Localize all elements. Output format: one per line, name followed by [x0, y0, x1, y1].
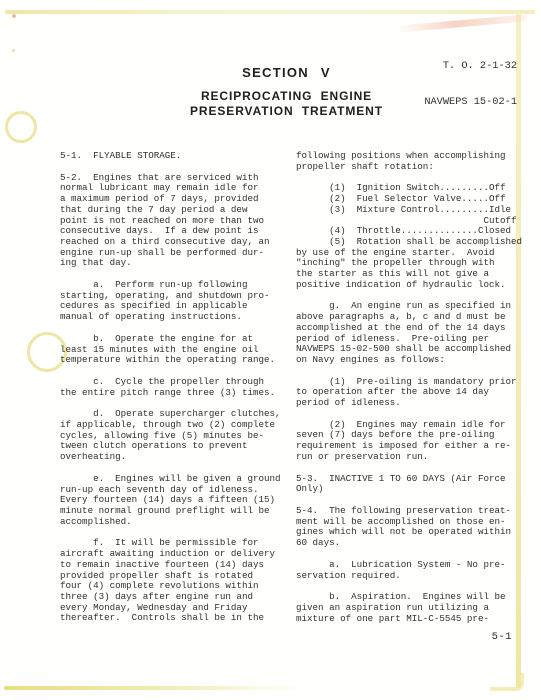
paragraph-5-2-d: d. Operate supercharger clutches, if app…	[60, 409, 296, 463]
right-column: following positions when accomplishing p…	[296, 151, 540, 635]
scanned-page: T. O. 2-1-32 NAVWEPS 15-02-1 SECTION V R…	[0, 0, 541, 700]
paragraph-5-2-e: e. Engines will be given a ground run-up…	[60, 474, 296, 528]
paragraph-5-2-c: c. Cycle the propeller through the entir…	[60, 377, 296, 398]
section-heading: SECTION V	[16, 65, 541, 80]
paragraph-5-4: 5-4. The following preservation treat- m…	[296, 506, 540, 549]
scan-streak	[397, 14, 527, 32]
list-shaft-rotation-positions: (1) Ignition Switch.........Off (2) Fuel…	[296, 183, 540, 290]
scan-speck	[12, 14, 16, 18]
paragraph-g-1: (1) Pre-oiling is mandatory prior to ope…	[296, 377, 540, 409]
page-edge-bottom	[4, 686, 304, 690]
heading-flyable-storage: 5-1. FLYABLE STORAGE.	[60, 151, 296, 162]
paragraph-5-4-a: a. Lubrication System - No pre- servatio…	[296, 560, 540, 581]
paragraph-5-2: 5-2. Engines that are serviced with norm…	[60, 173, 296, 269]
paragraph-f-continued: following positions when accomplishing p…	[296, 151, 540, 172]
page-edge-corner	[490, 673, 524, 691]
page-edge-top	[5, 10, 535, 14]
section-subtitle-line2: PRESERVATION TREATMENT	[16, 104, 541, 119]
paragraph-5-2-b: b. Operate the engine for at least 15 mi…	[60, 334, 296, 366]
paragraph-5-4-b: b. Aspiration. Engines will be given an …	[296, 592, 540, 624]
section-subtitle-line1: RECIPROCATING ENGINE	[16, 89, 541, 104]
paragraph-5-2-f: f. It will be permissible for aircraft a…	[60, 538, 296, 624]
heading-inactive-1-to-60: 5-3. INACTIVE 1 TO 60 DAYS (Air Force On…	[296, 474, 540, 495]
paragraph-g-2: (2) Engines may remain idle for seven (7…	[296, 420, 540, 463]
paragraph-5-2-g: g. An engine run as specified in above p…	[296, 301, 540, 365]
left-column: 5-1. FLYABLE STORAGE. 5-2. Engines that …	[60, 151, 296, 635]
page-number: 5-1	[492, 631, 512, 643]
paragraph-5-2-a: a. Perform run-up following starting, op…	[60, 280, 296, 323]
scan-speck	[12, 49, 15, 52]
section-title-block: SECTION V RECIPROCATING ENGINE PRESERVAT…	[16, 65, 541, 118]
